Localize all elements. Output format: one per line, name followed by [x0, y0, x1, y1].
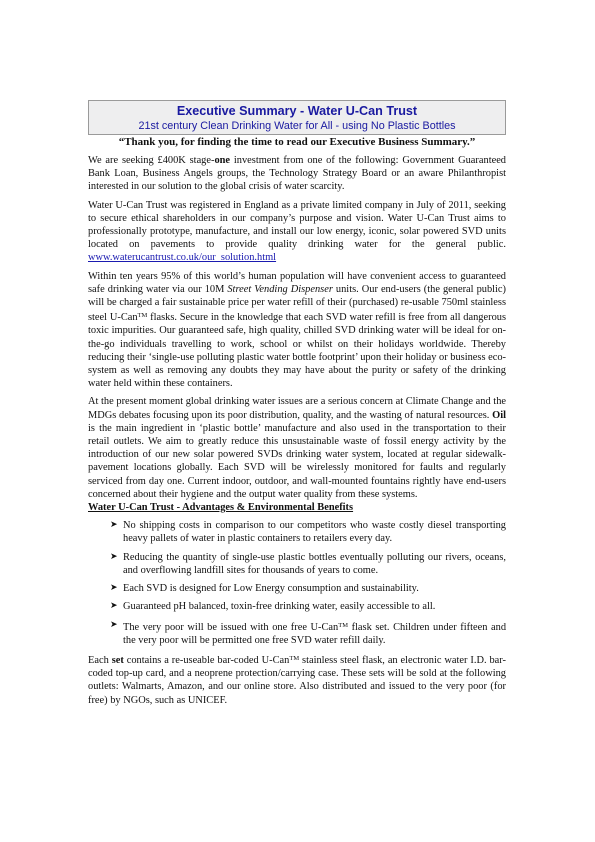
arrow-bullet-icon: ➤ — [110, 600, 118, 613]
benefits-heading: Water U-Can Trust - Advantages & Environ… — [88, 501, 506, 514]
context-text-rest: is the main ingredient in ‘plastic bottl… — [88, 423, 506, 500]
trademark-mark: TM — [338, 622, 348, 629]
benefit-item: ➤The very poor will be issued with one f… — [110, 619, 506, 647]
context-paragraph: At the present moment global drinking wa… — [88, 395, 506, 501]
vision-text-rest: flasks. Secure in the knowledge that eac… — [88, 312, 506, 389]
benefit-text: Each SVD is designed for Low Energy cons… — [123, 583, 419, 594]
investment-text: We are seeking £400K stage- — [88, 155, 214, 166]
benefit-text: No shipping costs in comparison to our c… — [123, 520, 506, 544]
solution-link[interactable]: www.waterucantrust.co.uk/our_solution.ht… — [88, 252, 276, 263]
investment-stage-bold: one — [214, 155, 230, 166]
benefit-item: ➤Each SVD is designed for Low Energy con… — [110, 582, 506, 595]
benefit-item: ➤Guaranteed pH balanced, toxin-free drin… — [110, 600, 506, 613]
benefit-item: ➤No shipping costs in comparison to our … — [110, 519, 506, 545]
document-title: Executive Summary - Water U-Can Trust — [89, 103, 505, 119]
benefit-text: Reducing the quantity of single-use plas… — [123, 552, 506, 576]
set-text-mid: contains a re-useable bar-coded U-Can — [124, 655, 290, 666]
vision-paragraph: Within ten years 95% of this world’s hum… — [88, 270, 506, 391]
set-bold: set — [112, 655, 124, 666]
benefit-text: Guaranteed pH balanced, toxin-free drink… — [123, 601, 435, 612]
arrow-bullet-icon: ➤ — [110, 582, 118, 595]
thank-you-line: “Thank you, for finding the time to read… — [88, 135, 506, 149]
set-paragraph: Each set contains a re-useable bar-coded… — [88, 652, 506, 707]
benefit-item: ➤Reducing the quantity of single-use pla… — [110, 551, 506, 577]
header-box: Executive Summary - Water U-Can Trust 21… — [88, 100, 506, 135]
registration-paragraph: Water U-Can Trust was registered in Engl… — [88, 199, 506, 265]
investment-paragraph: We are seeking £400K stage-one investmen… — [88, 154, 506, 194]
document-page: Executive Summary - Water U-Can Trust 21… — [88, 100, 506, 712]
benefits-list: ➤No shipping costs in comparison to our … — [88, 519, 506, 647]
oil-bold: Oil — [492, 410, 506, 421]
trademark-mark: TM — [289, 655, 299, 662]
arrow-bullet-icon: ➤ — [110, 519, 118, 532]
benefit-text: The very poor will be issued with one fr… — [123, 622, 338, 633]
street-vending-dispenser-italic: Street Vending Dispenser — [227, 284, 333, 295]
context-text: At the present moment global drinking wa… — [88, 396, 506, 420]
trademark-mark: TM — [138, 312, 148, 319]
arrow-bullet-icon: ➤ — [110, 619, 118, 632]
set-text: Each — [88, 655, 112, 666]
arrow-bullet-icon: ➤ — [110, 551, 118, 564]
registration-text: Water U-Can Trust was registered in Engl… — [88, 200, 506, 251]
document-subtitle: 21st century Clean Drinking Water for Al… — [89, 119, 505, 133]
